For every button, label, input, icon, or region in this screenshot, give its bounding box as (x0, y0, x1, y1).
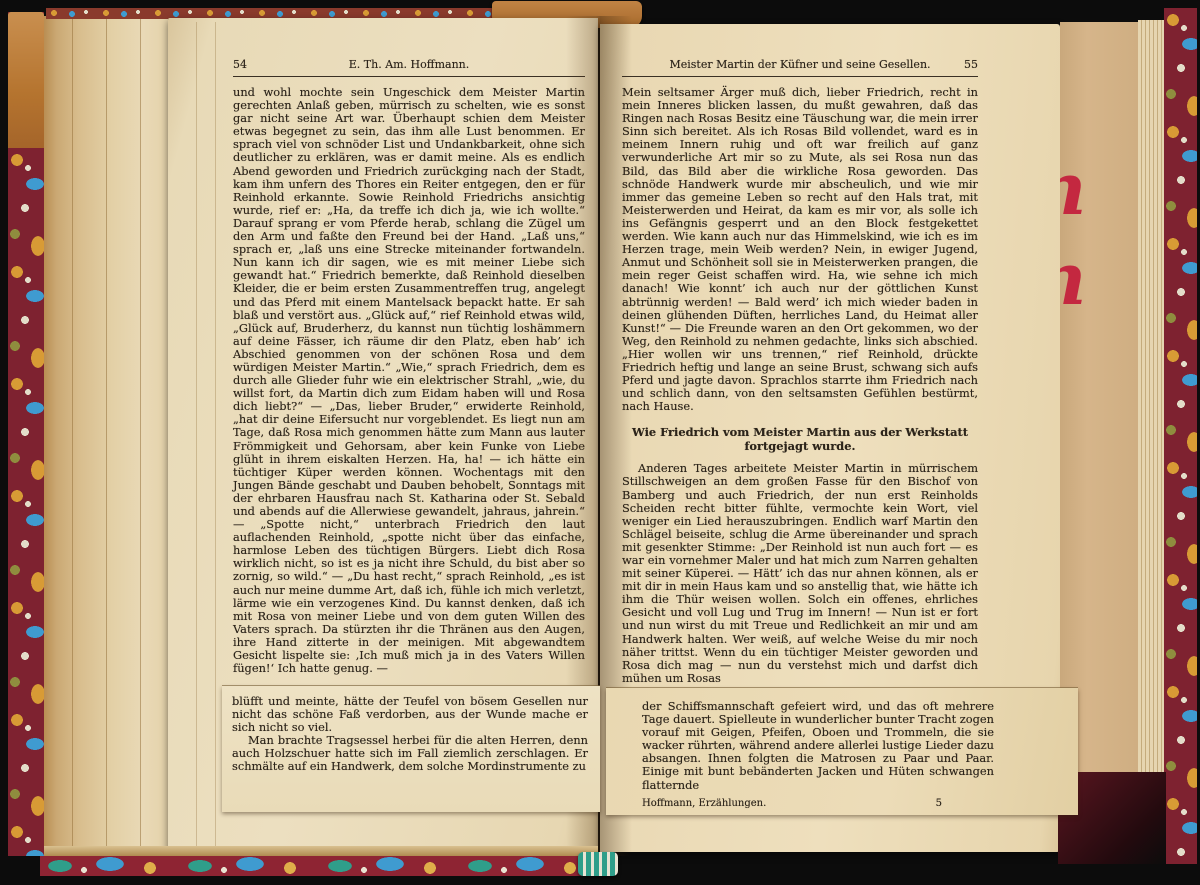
next-leaf-edge: n n (1060, 22, 1138, 774)
right-slip-text-column: der Schiffsmannschaft gefeiert wird, und… (642, 700, 994, 810)
red-script-letter-fragment: n (1060, 244, 1086, 314)
spine-tail-endband (578, 852, 618, 876)
left-running-head-row: 54 E. Th. Am. Hoffmann. (233, 58, 585, 74)
right-cover-marbled-edge (1164, 8, 1197, 864)
right-running-head-row: Meister Martin der Küfner und seine Gese… (622, 58, 978, 74)
right-slip-paragraph-1: der Schiffsmannschaft gefeiert wird, und… (642, 700, 994, 792)
red-script-letter-fragment: n (1060, 154, 1086, 224)
left-running-header: E. Th. Am. Hoffmann. (233, 58, 585, 71)
right-page-text-column: Meister Martin der Küfner und seine Gese… (622, 58, 978, 685)
page-edge-crease (140, 16, 141, 852)
right-header-rule (622, 76, 978, 77)
left-page-body-text: und wohl mochte sein Ungeschick dem Meis… (233, 86, 585, 675)
left-cover-board (8, 12, 44, 856)
left-slip-paragraph-2: Man brachte Tragsessel herbei für die al… (232, 734, 588, 773)
right-page-edge-stack (1138, 20, 1164, 820)
left-page-number: 54 (233, 58, 247, 71)
page-edge-crease (72, 16, 73, 852)
chapter-heading: Wie Friedrich vom Meister Martin aus der… (622, 426, 978, 453)
page-edge-crease (215, 22, 216, 852)
left-page-edge-stack (44, 16, 168, 852)
bottom-page-edges (44, 846, 598, 856)
page-edge-crease (106, 16, 107, 852)
printer-signature-number: 5 (936, 797, 942, 810)
chapter-heading-line1: Wie Friedrich vom Meister Martin aus der… (622, 426, 978, 440)
photo-of-open-book: 54 E. Th. Am. Hoffmann. und wohl mochte … (0, 0, 1200, 885)
bottom-board-edge-marbled (40, 856, 600, 876)
left-slip-paragraph-1: blüfft und meinte, hätte der Teufel von … (232, 695, 588, 734)
printer-signature-title: Hoffmann, Erzählungen. (642, 797, 766, 810)
left-cover-leather-corner (8, 12, 44, 148)
inserted-slip-left: blüfft und meinte, hätte der Teufel von … (222, 686, 600, 812)
inserted-slip-right: der Schiffsmannschaft gefeiert wird, und… (606, 688, 1078, 815)
right-page-paragraph-1: Mein seltsamer Ärger muß dich, lieber Fr… (622, 86, 978, 413)
right-page-paragraph-2: Anderen Tages arbeitete Meister Martin i… (622, 462, 978, 685)
left-page-text-column: 54 E. Th. Am. Hoffmann. und wohl mochte … (233, 58, 585, 675)
chapter-heading-line2: fortgejagt wurde. (622, 440, 978, 454)
page-edge-crease (196, 22, 197, 852)
right-page-number: 55 (964, 58, 978, 71)
left-cover-marbled-paper (8, 148, 44, 856)
right-running-header: Meister Martin der Küfner und seine Gese… (622, 58, 978, 71)
left-slip-text-column: blüfft und meinte, hätte der Teufel von … (232, 695, 588, 774)
slip-footer-row: Hoffmann, Erzählungen. 5 (642, 797, 994, 810)
left-header-rule (233, 76, 585, 77)
